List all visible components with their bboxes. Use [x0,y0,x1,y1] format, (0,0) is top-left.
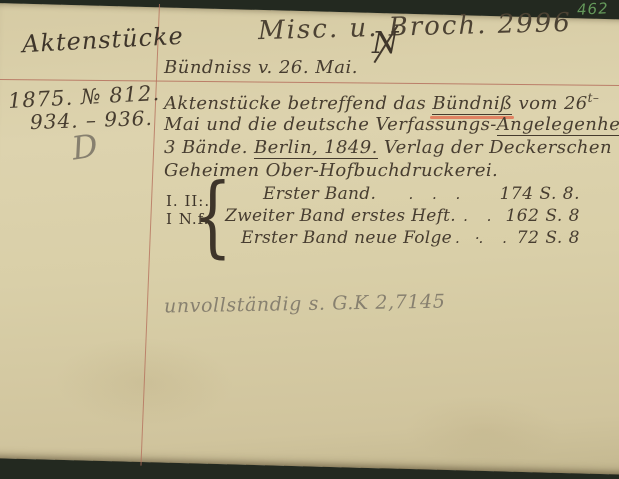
holdings-title: Erster Band neue Folge [241,228,452,248]
description-line-2: Mai und die deutsche Verfassungs-Angeleg… [164,114,619,135]
cancelled-letter: N [372,26,398,61]
superscript-abbreviation: t– [588,91,600,105]
holdings-extent: 162 S. 8 [505,206,580,226]
pencil-initial: D [69,126,100,167]
description-text: Mai und die deutsche Verfassungs- [164,114,497,135]
holdings-row: Erster Band neue Folge . . . 72 S. 8 [163,228,580,248]
description-text: vom 26 [512,93,587,114]
description-line-1: Aktenstücke betreffend das Bündniß vom 2… [164,91,599,114]
underlined-word: Angelegenheit. [497,114,619,136]
leader-dots: . . . [376,185,499,203]
underlined-title-word: Bündniß [432,93,512,115]
photo-background: 462 Aktenstücke 1875. № 812. 934. – 936.… [0,0,619,479]
leader-dots: . . . [452,229,517,247]
paper-stain [402,394,564,468]
holdings-title: Erster Band. [263,184,376,204]
underlined-imprint: Berlin, 1849. [254,137,378,159]
description-text: Aktenstücke betreffend das [164,93,432,114]
description-line-3: 3 Bände. Berlin, 1849. Verlag der Decker… [164,137,612,158]
subject-heading: Bündniss v. 26. Mai. [164,57,358,78]
holdings-extent: 174 S. 8. [500,184,580,204]
holdings-extent: 72 S. 8 [517,228,580,248]
description-text: Verlag der Deckerschen [378,137,612,158]
corner-number: 462 [577,0,610,19]
description-text: 3 Bände. [164,137,254,158]
holdings-title: Zweiter Band erstes Heft. [225,206,456,226]
holdings-row: Erster Band. . . . 174 S. 8. [163,184,580,204]
